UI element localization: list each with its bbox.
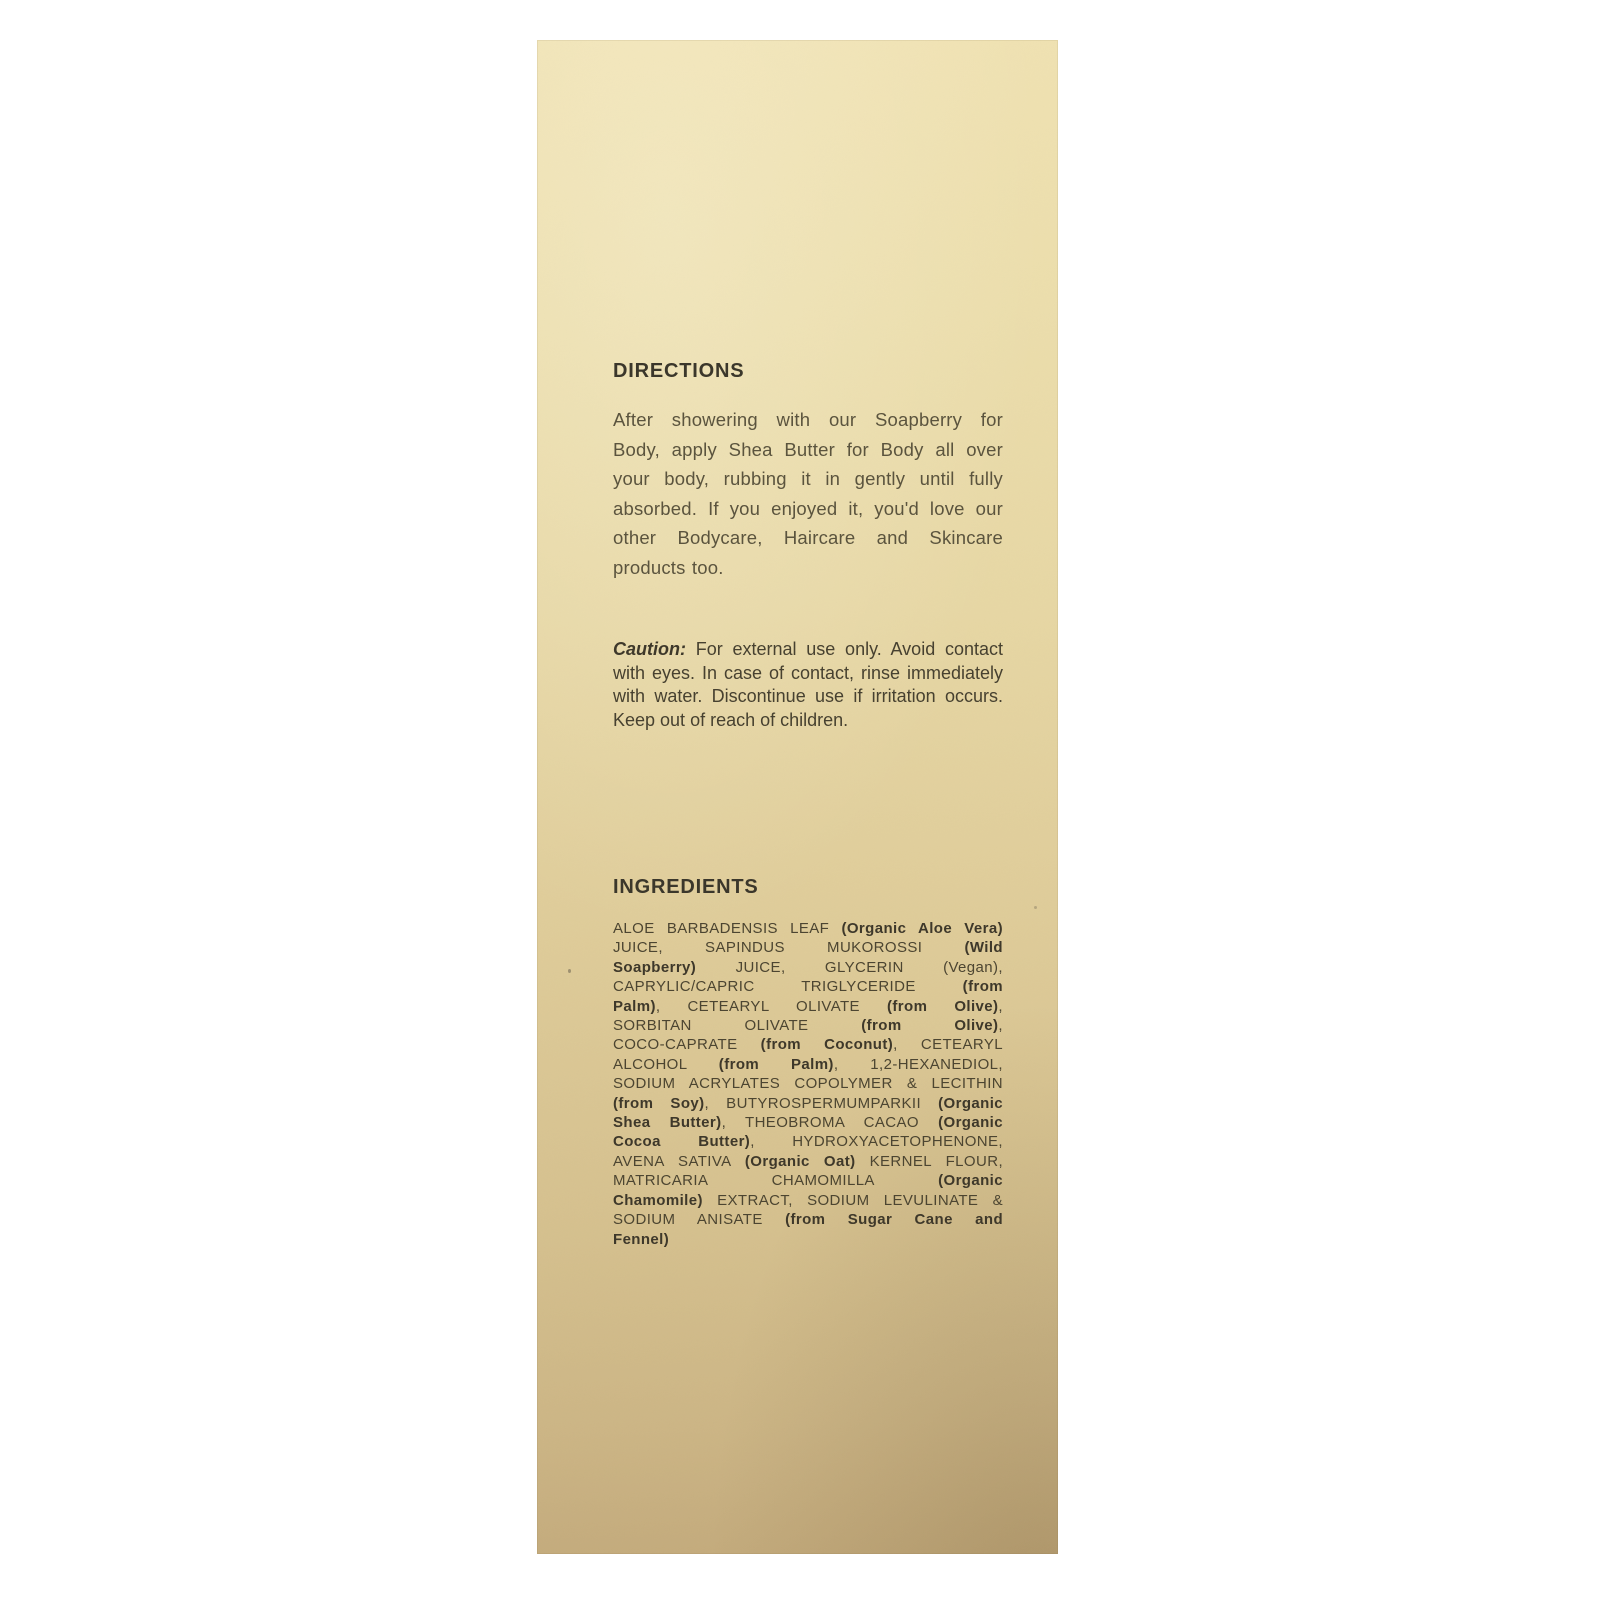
plain-text: EXTRACT, SODIUM LEVULINATE & xyxy=(703,1192,1003,1209)
text-line: Caution: For external use only. Avoid co… xyxy=(613,638,1003,662)
emphasized-text: (Organic Oat) xyxy=(745,1153,856,1170)
dust-speck xyxy=(1034,906,1037,909)
emphasized-text: (Organic xyxy=(938,1172,1003,1189)
plain-text: For external use only. Avoid contact xyxy=(686,639,1003,659)
emphasized-text: Cocoa Butter) xyxy=(613,1133,750,1150)
directions-body: After showering with our Soapberry forBo… xyxy=(613,405,1003,582)
emphasized-text: Chamomile) xyxy=(613,1192,703,1209)
paper-texture xyxy=(537,40,1058,1554)
emphasized-text: (from Palm) xyxy=(719,1056,834,1073)
emphasized-text: (from Coconut) xyxy=(761,1036,893,1053)
plain-text: CAPRYLIC/CAPRIC TRIGLYCERIDE xyxy=(613,978,963,995)
emphasized-text: (Organic xyxy=(938,1114,1003,1131)
text-line: products too. xyxy=(613,553,1003,583)
plain-text: with water. Discontinue use if irritatio… xyxy=(613,686,1003,706)
dust-speck xyxy=(568,969,571,973)
product-photo: DIRECTIONS After showering with our Soap… xyxy=(0,0,1600,1600)
plain-text: SODIUM ANISATE xyxy=(613,1211,785,1228)
emphasized-text: Soapberry) xyxy=(613,959,696,976)
text-line: ALCOHOL (from Palm), 1,2-HEXANEDIOL, xyxy=(613,1055,1003,1074)
plain-text: , CETEARYL OLIVATE xyxy=(656,998,887,1015)
text-line: Chamomile) EXTRACT, SODIUM LEVULINATE & xyxy=(613,1191,1003,1210)
text-line: After showering with our Soapberry for xyxy=(613,405,1003,435)
emphasized-text: (Organic Aloe Vera) xyxy=(841,920,1003,937)
text-line: (from Soy), BUTYROSPERMUMPARKII (Organic xyxy=(613,1094,1003,1113)
plain-text: JUICE, GLYCERIN (Vegan), xyxy=(696,959,1003,976)
text-line: other Bodycare, Haircare and Skincare xyxy=(613,523,1003,553)
text-line: Cocoa Butter), HYDROXYACETOPHENONE, xyxy=(613,1132,1003,1151)
plain-text: SORBITAN OLIVATE xyxy=(613,1017,861,1034)
text-line: Keep out of reach of children. xyxy=(613,709,1003,733)
emphasized-text: Shea Butter) xyxy=(613,1114,722,1131)
text-line: Shea Butter), THEOBROMA CACAO (Organic xyxy=(613,1113,1003,1132)
emphasized-text: (from Sugar Cane and xyxy=(785,1211,1003,1228)
emphasized-text: (from xyxy=(963,978,1003,995)
text-line: with water. Discontinue use if irritatio… xyxy=(613,685,1003,709)
ingredients-list: ALOE BARBADENSIS LEAF (Organic Aloe Vera… xyxy=(613,919,1003,1249)
text-line: JUICE, SAPINDUS MUKOROSSI (Wild xyxy=(613,938,1003,957)
emphasized-text: (from Olive) xyxy=(861,1017,998,1034)
emphasized-text: (Organic xyxy=(938,1095,1003,1112)
emphasized-text: Fennel) xyxy=(613,1231,669,1248)
plain-text: , HYDROXYACETOPHENONE, xyxy=(750,1133,1003,1150)
plain-text: MATRICARIA CHAMOMILLA xyxy=(613,1172,938,1189)
plain-text: , THEOBROMA CACAO xyxy=(722,1114,939,1131)
plain-text: ALCOHOL xyxy=(613,1056,719,1073)
text-line: SODIUM ACRYLATES COPOLYMER & LECITHIN xyxy=(613,1074,1003,1093)
caution-paragraph: Caution: For external use only. Avoid co… xyxy=(613,638,1003,732)
emphasized-text: Caution: xyxy=(613,639,686,659)
ingredients-heading: INGREDIENTS xyxy=(613,877,1003,898)
text-line: COCO-CAPRATE (from Coconut), CETEARYL xyxy=(613,1035,1003,1054)
text-line: ALOE BARBADENSIS LEAF (Organic Aloe Vera… xyxy=(613,919,1003,938)
text-line: with eyes. In case of contact, rinse imm… xyxy=(613,662,1003,686)
text-line: Soapberry) JUICE, GLYCERIN (Vegan), xyxy=(613,958,1003,977)
text-line: Fennel) xyxy=(613,1230,1003,1249)
plain-text: COCO-CAPRATE xyxy=(613,1036,761,1053)
plain-text: ALOE BARBADENSIS LEAF xyxy=(613,920,841,937)
text-line: absorbed. If you enjoyed it, you'd love … xyxy=(613,494,1003,524)
plain-text: , CETEARYL xyxy=(893,1036,1003,1053)
emphasized-text: Palm) xyxy=(613,998,656,1015)
text-line: SORBITAN OLIVATE (from Olive), xyxy=(613,1016,1003,1035)
text-line: CAPRYLIC/CAPRIC TRIGLYCERIDE (from xyxy=(613,977,1003,996)
plain-text: with eyes. In case of contact, rinse imm… xyxy=(613,663,1003,683)
plain-text: Keep out of reach of children. xyxy=(613,710,848,730)
emphasized-text: (from Soy) xyxy=(613,1095,705,1112)
text-line: Palm), CETEARYL OLIVATE (from Olive), xyxy=(613,997,1003,1016)
text-line: your body, rubbing it in gently until fu… xyxy=(613,464,1003,494)
text-line: Body, apply Shea Butter for Body all ove… xyxy=(613,435,1003,465)
emphasized-text: (Wild xyxy=(964,939,1003,956)
emphasized-text: (from Olive) xyxy=(887,998,998,1015)
plain-text: KERNEL FLOUR, xyxy=(855,1153,1003,1170)
plain-text: , BUTYROSPERMUMPARKII xyxy=(705,1095,939,1112)
text-line: AVENA SATIVA (Organic Oat) KERNEL FLOUR, xyxy=(613,1152,1003,1171)
text-line: SODIUM ANISATE (from Sugar Cane and xyxy=(613,1210,1003,1229)
plain-text: SODIUM ACRYLATES COPOLYMER & LECITHIN xyxy=(613,1075,1003,1092)
text-line: MATRICARIA CHAMOMILLA (Organic xyxy=(613,1171,1003,1190)
plain-text: , xyxy=(998,1017,1003,1034)
plain-text: AVENA SATIVA xyxy=(613,1153,745,1170)
plain-text: , 1,2-HEXANEDIOL, xyxy=(834,1056,1003,1073)
directions-heading: DIRECTIONS xyxy=(613,361,1003,382)
plain-text: , xyxy=(998,998,1003,1015)
plain-text: JUICE, SAPINDUS MUKOROSSI xyxy=(613,939,964,956)
product-box-panel: DIRECTIONS After showering with our Soap… xyxy=(537,40,1058,1554)
